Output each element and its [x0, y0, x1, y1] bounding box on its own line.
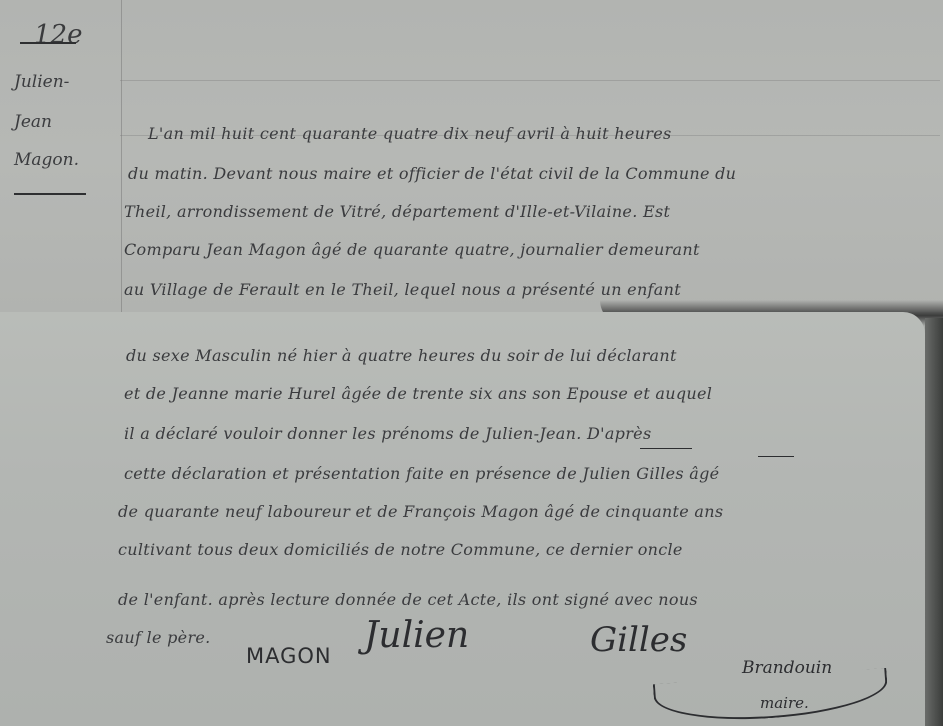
- text-line: cultivant tous deux domiciliés de notre …: [118, 540, 683, 559]
- signature-father: MAGON: [246, 644, 332, 668]
- ruled-line: [120, 80, 940, 81]
- signature-witness-2: Gilles: [590, 620, 687, 660]
- margin-name-underline: [14, 193, 86, 195]
- entry-number: 12e: [34, 20, 82, 50]
- margin-name-line: Magon.: [14, 150, 79, 170]
- text-line: L'an mil huit cent quarante quatre dix n…: [148, 124, 672, 143]
- text-line: il a déclaré vouloir donner les prénoms …: [124, 424, 651, 443]
- entry-number-underline: [20, 42, 76, 44]
- name-underline: [758, 456, 794, 457]
- text-line: du sexe Masculin né hier à quatre heures…: [126, 346, 677, 365]
- text-line: au Village de Ferault en le Theil, leque…: [124, 280, 681, 299]
- signature-witness-1: Julien: [364, 615, 469, 656]
- text-line: du matin. Devant nous maire et officier …: [128, 164, 736, 183]
- margin-rule: [121, 0, 122, 312]
- text-line: Comparu Jean Magon âgé de quarante quatr…: [124, 240, 700, 259]
- text-line: et de Jeanne marie Hurel âgée de trente …: [124, 384, 712, 403]
- margin-name-line: Jean: [14, 112, 52, 132]
- mayor-title: maire.: [760, 694, 809, 712]
- text-line: Theil, arrondissement de Vitré, départem…: [124, 202, 670, 221]
- text-line: de quarante neuf laboureur et de Françoi…: [118, 502, 723, 521]
- name-underline: [640, 448, 692, 449]
- text-line: cette déclaration et présentation faite …: [124, 464, 719, 483]
- upper-page: [0, 0, 943, 312]
- book-binding-edge: [925, 318, 943, 726]
- margin-column: 12e Julien- Jean Magon.: [0, 0, 120, 312]
- text-line: de l'enfant. après lecture donnée de cet…: [118, 590, 698, 609]
- text-line: sauf le père.: [106, 628, 211, 647]
- margin-name-line: Julien-: [14, 72, 69, 92]
